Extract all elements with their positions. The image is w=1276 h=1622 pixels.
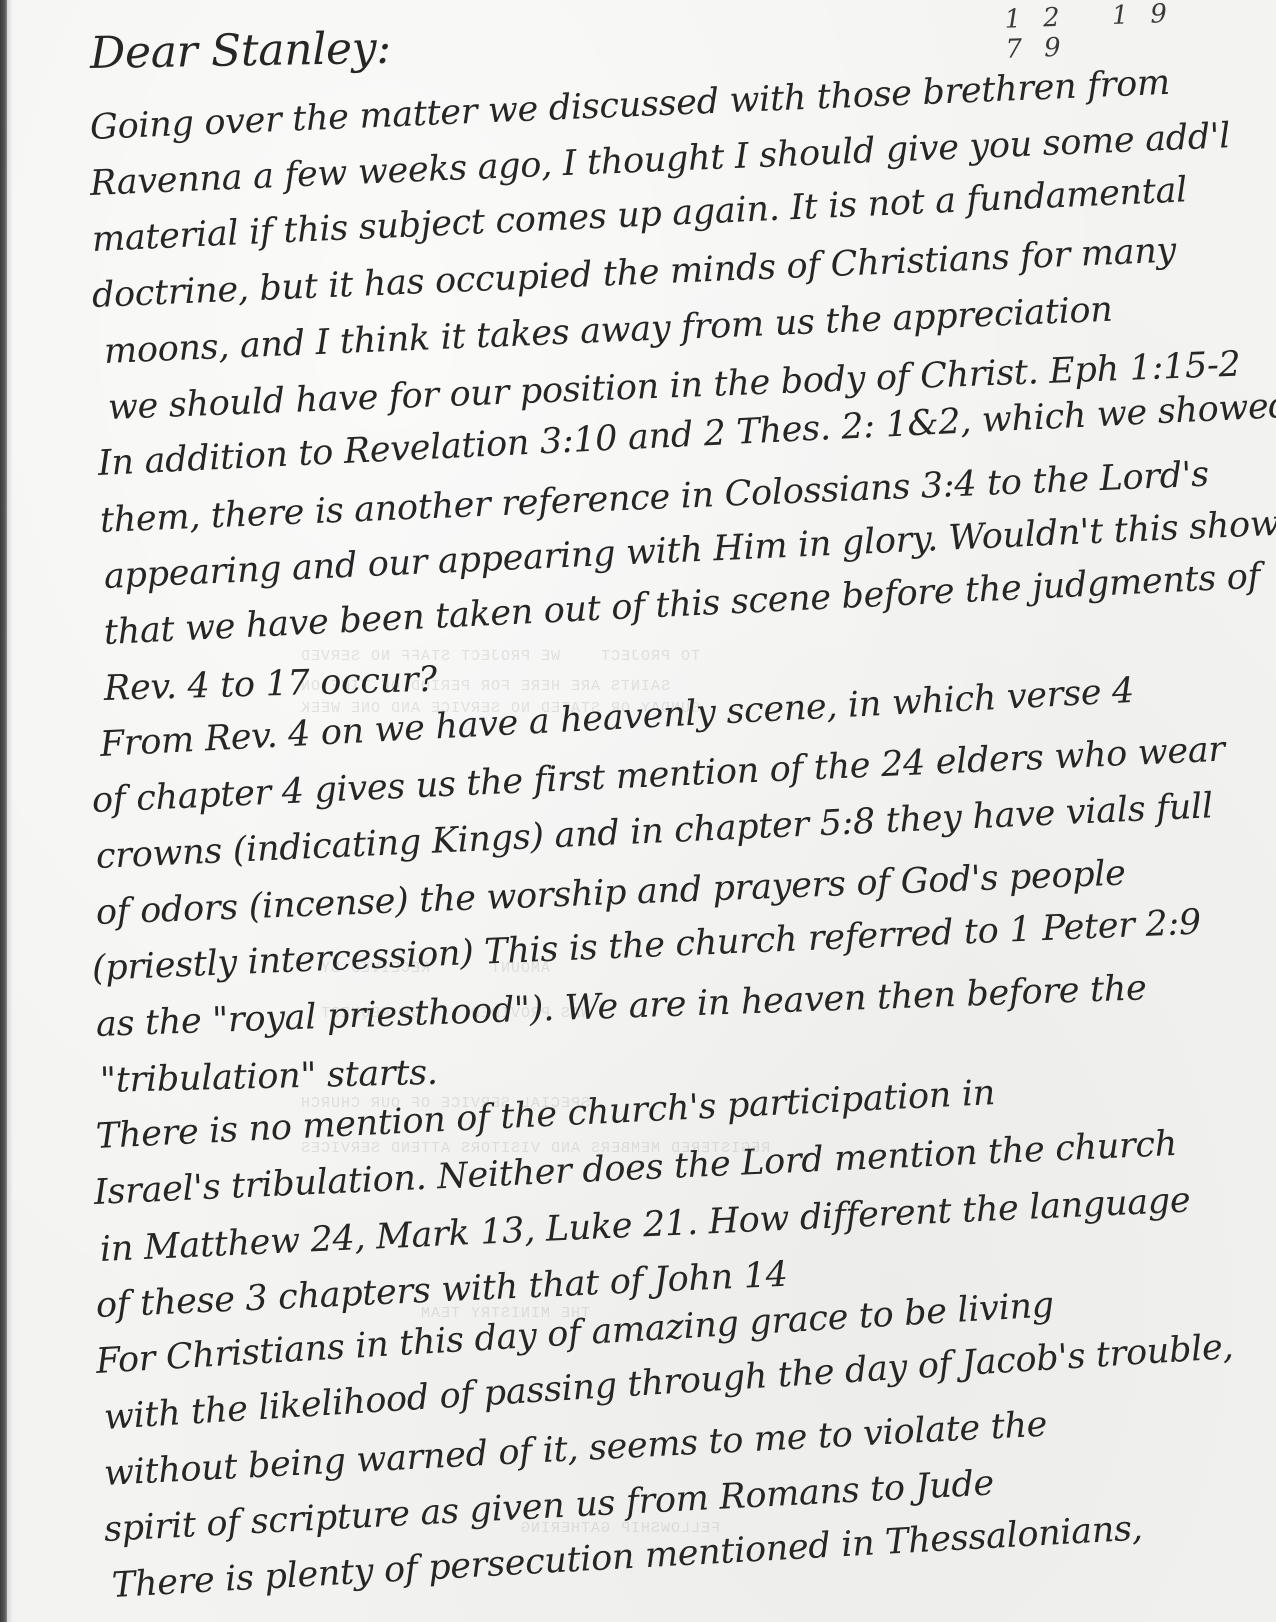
letter-date: 12 19 79 <box>1004 0 1276 65</box>
letter-line: "tribulation" starts. <box>100 1053 439 1101</box>
scan-edge <box>0 0 7 1622</box>
salutation: Dear Stanley: <box>90 23 392 79</box>
scan-edge-shadow <box>7 0 13 1622</box>
letter-page: TO PROJECT WE PROJECT STAFF NO SERVED SA… <box>0 0 1276 1622</box>
